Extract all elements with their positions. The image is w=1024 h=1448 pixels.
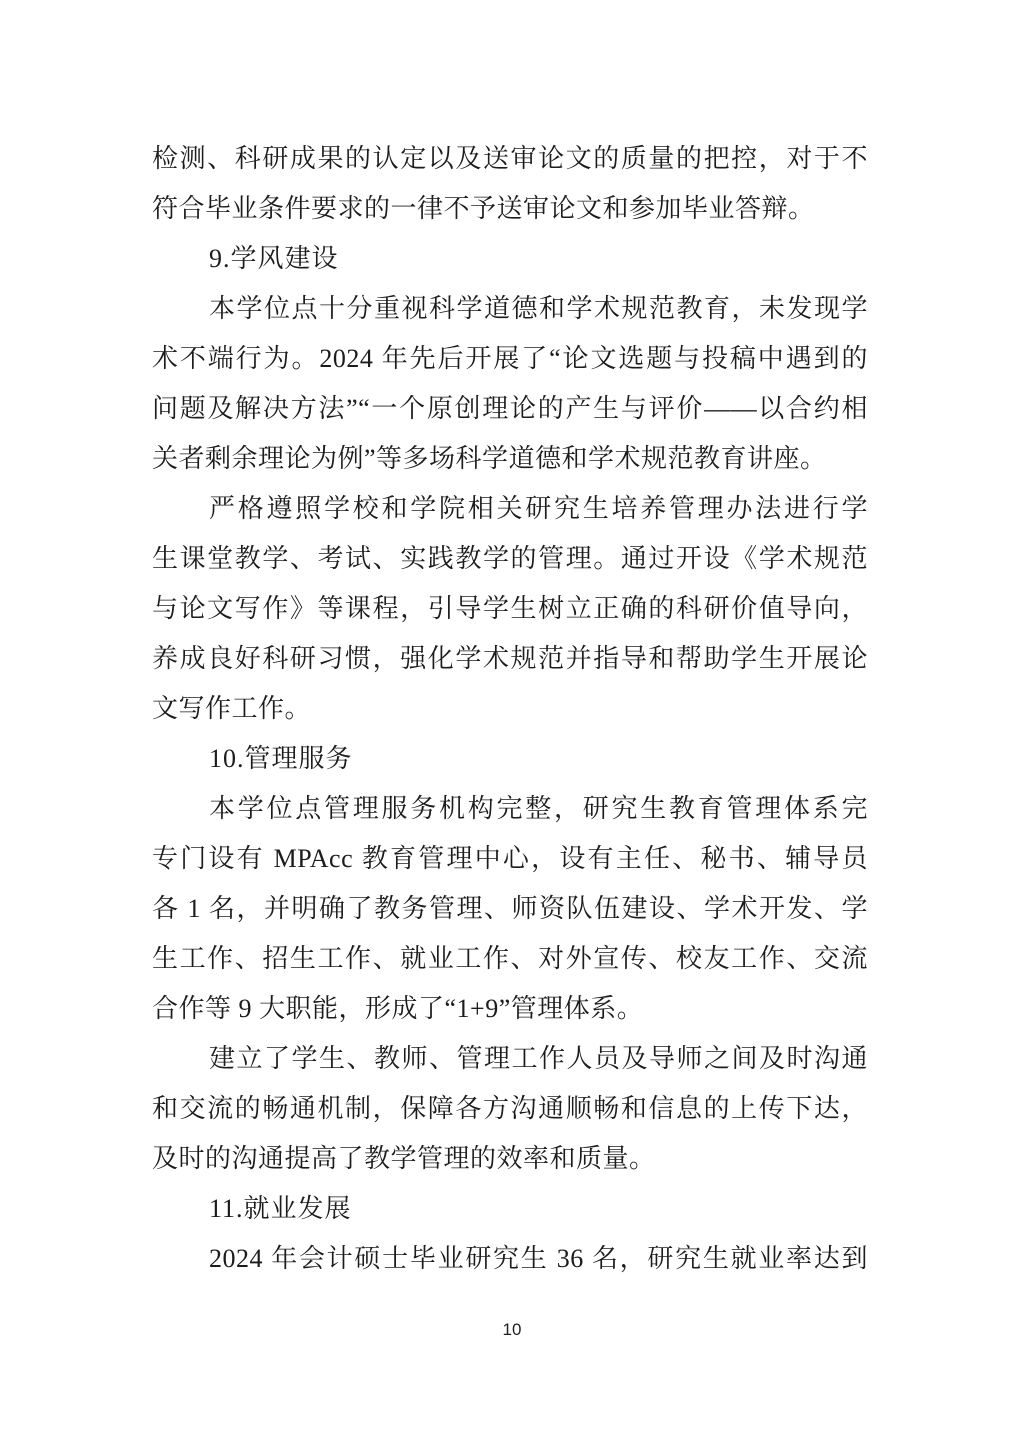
- page-number: 10: [0, 1320, 1024, 1340]
- text-line: 生工作、招生工作、就业工作、对外宣传、校友工作、交流: [152, 934, 868, 984]
- text-line: 生课堂教学、考试、实践教学的管理。通过开设《学术规范: [152, 534, 868, 584]
- text-line: 问题及解决方法”“一个原创理论的产生与评价——以合约相: [152, 384, 868, 434]
- document-page: 检测、科研成果的认定以及送审论文的质量的把控，对于不符合毕业条件要求的一律不予送…: [0, 0, 1024, 1448]
- text-line: 与论文写作》等课程，引导学生树立正确的科研价值导向，: [152, 584, 868, 634]
- text-line: 2024 年会计硕士毕业研究生 36 名，研究生就业率达到: [152, 1234, 868, 1284]
- section-heading: 10.管理服务: [152, 734, 868, 784]
- text-line: 建立了学生、教师、管理工作人员及导师之间及时沟通: [152, 1034, 868, 1084]
- text-line: 养成良好科研习惯，强化学术规范并指导和帮助学生开展论: [152, 634, 868, 684]
- text-line: 及时的沟通提高了教学管理的效率和质量。: [152, 1134, 868, 1184]
- section-heading: 11.就业发展: [152, 1184, 868, 1234]
- text-line: 本学位点管理服务机构完整，研究生教育管理体系完善。: [152, 784, 868, 834]
- text-line: 各 1 名，并明确了教务管理、师资队伍建设、学术开发、学: [152, 884, 868, 934]
- document-body: 检测、科研成果的认定以及送审论文的质量的把控，对于不符合毕业条件要求的一律不予送…: [152, 134, 868, 1284]
- text-line: 检测、科研成果的认定以及送审论文的质量的把控，对于不: [152, 134, 868, 184]
- text-line: 和交流的畅通机制，保障各方沟通顺畅和信息的上传下达，: [152, 1084, 868, 1134]
- text-line: 文写作工作。: [152, 684, 868, 734]
- text-line: 严格遵照学校和学院相关研究生培养管理办法进行学: [152, 484, 868, 534]
- text-line: 符合毕业条件要求的一律不予送审论文和参加毕业答辩。: [152, 184, 868, 234]
- text-line: 专门设有 MPAcc 教育管理中心，设有主任、秘书、辅导员: [152, 834, 868, 884]
- section-heading: 9.学风建设: [152, 234, 868, 284]
- text-line: 合作等 9 大职能，形成了“1+9”管理体系。: [152, 984, 868, 1034]
- text-line: 本学位点十分重视科学道德和学术规范教育，未发现学: [152, 284, 868, 334]
- text-line: 术不端行为。2024 年先后开展了“论文选题与投稿中遇到的: [152, 334, 868, 384]
- text-line: 关者剩余理论为例”等多场科学道德和学术规范教育讲座。: [152, 434, 868, 484]
